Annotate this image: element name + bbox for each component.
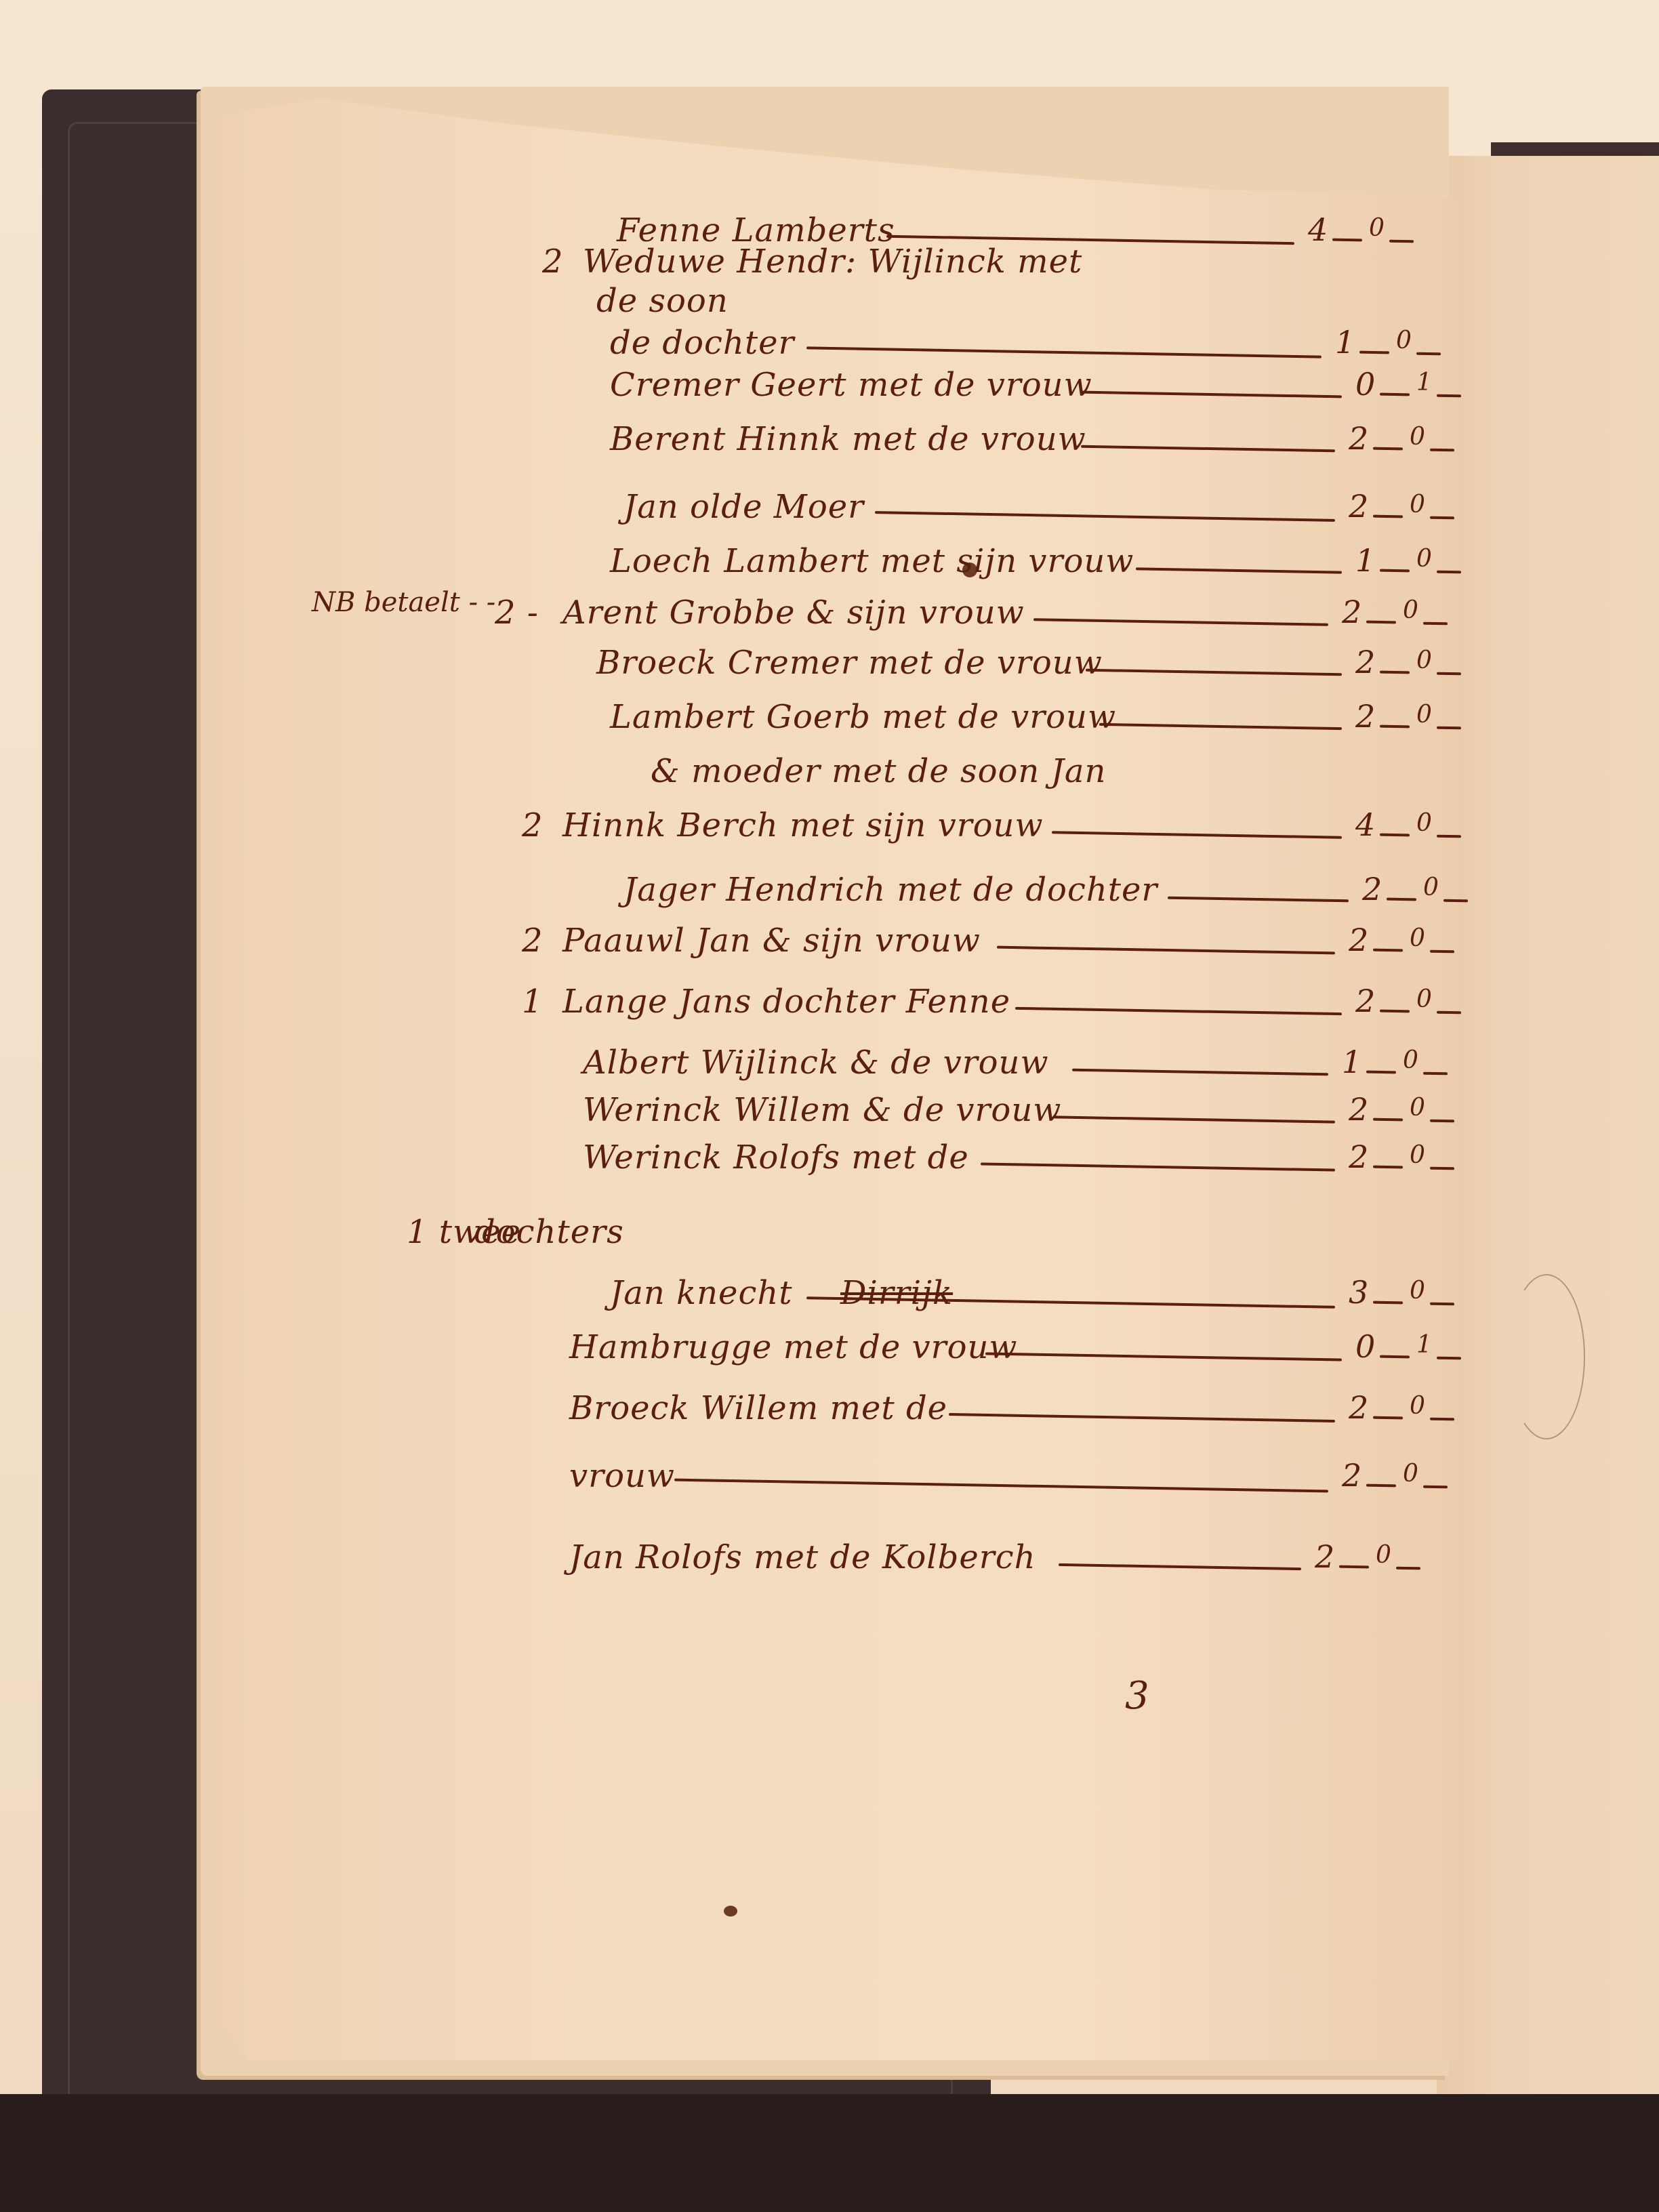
leader-line: [1373, 949, 1403, 952]
leader-line: [1373, 1166, 1403, 1169]
amount-secondary: 0: [1396, 327, 1412, 354]
amount-primary: 2: [1349, 1139, 1368, 1175]
amount-primary: 1: [1335, 324, 1355, 361]
entry-name: Paauwl Jan & sijn vrouw: [562, 922, 981, 960]
ledger-row: Werinck Willem & de vrouw20: [0, 1091, 1659, 1132]
ledger-row: Broeck Cremer met de vrouw20: [0, 644, 1659, 684]
amount-primary: 2: [1362, 871, 1382, 907]
amount-secondary: 0: [1410, 1094, 1425, 1122]
amount-secondary: 0: [1410, 1141, 1425, 1169]
leader-line: [1437, 726, 1461, 730]
ledger-row: Lambert Goerb met de vrouw20: [0, 698, 1659, 739]
ledger-row: & moeder met de soon Jan: [0, 752, 1659, 793]
leader-line: [1099, 723, 1342, 730]
ledger-row: Loech Lambert met sijn vrouw10: [0, 542, 1659, 583]
entry-count: 1: [522, 983, 544, 1021]
footer-mark: 3: [1125, 1674, 1150, 1718]
leader-line: [1423, 622, 1448, 626]
struck-text: Dirrijk: [840, 1274, 953, 1312]
ledger-row: de soon: [0, 282, 1659, 323]
leader-line: [1423, 1486, 1448, 1489]
entry-count: 2: [542, 243, 564, 281]
leader-line: [1437, 672, 1461, 676]
leader-line: [1081, 445, 1335, 453]
entry-name: Jan olde Moer: [623, 488, 864, 526]
leader-line: [1430, 449, 1454, 452]
leader-line: [1380, 671, 1410, 674]
leader-line: [1168, 897, 1349, 903]
leader-line: [1396, 1567, 1420, 1570]
leader-line: [1373, 1301, 1403, 1305]
amount-secondary: 0: [1376, 1541, 1391, 1569]
ledger-row: Berent Hinnk met de vrouw20: [0, 420, 1659, 461]
leader-line: [1380, 834, 1410, 837]
entry-name: Jan knecht: [610, 1274, 793, 1312]
ledger-row: 1 tweedochters: [0, 1213, 1659, 1254]
ledger-row: de dochter10: [0, 324, 1659, 365]
amount-primary: 2: [1349, 420, 1368, 457]
leader-line: [1380, 725, 1410, 729]
amount-secondary: 1: [1416, 369, 1432, 396]
leader-line: [1423, 1072, 1448, 1076]
entry-name: Broeck Cremer met de vrouw: [596, 644, 1103, 682]
leader-line: [1430, 1167, 1454, 1170]
amount-primary: 2: [1355, 698, 1375, 735]
entry-name: Cremer Geert met de vrouw: [610, 366, 1092, 404]
amount-secondary: 0: [1423, 874, 1439, 901]
leader-line: [1136, 567, 1342, 573]
leader-line: [1437, 1011, 1461, 1015]
amount-primary: 1: [1355, 542, 1375, 579]
amount-secondary: 1: [1416, 1331, 1432, 1359]
leader-line: [1437, 571, 1461, 574]
amount-secondary: 0: [1410, 1392, 1425, 1420]
amount-primary: 2: [1342, 1457, 1361, 1494]
leader-line: [1366, 1484, 1396, 1488]
leader-line: [1430, 516, 1454, 520]
leader-line: [949, 1413, 1335, 1422]
ledger-row: 2 -Arent Grobbe & sijn vrouw20: [0, 594, 1659, 634]
ledger-row: vrouw20: [0, 1457, 1659, 1498]
entry-name: Werinck Willem & de vrouw: [583, 1091, 1061, 1129]
leader-line: [1373, 515, 1403, 518]
amount-secondary: 0: [1416, 545, 1432, 573]
amount-primary: 2: [1349, 488, 1368, 525]
amount-secondary: 0: [1369, 214, 1385, 242]
ledger-row: Jan Rolofs met de Kolberch20: [0, 1538, 1659, 1579]
entry-name: Werinck Rolofs met de: [583, 1139, 969, 1176]
entry-name: Jager Hendrich met de dochter: [623, 871, 1158, 909]
leader-line: [1054, 1115, 1335, 1123]
ledger-row: Werinck Rolofs met de20: [0, 1139, 1659, 1179]
amount-secondary: 0: [1410, 491, 1425, 518]
leader-line: [981, 1162, 1335, 1171]
leader-line: [1373, 447, 1403, 451]
leader-line: [1380, 393, 1410, 396]
amount-primary: 4: [1355, 806, 1375, 843]
leader-line: [1373, 1416, 1403, 1420]
entry-name: Berent Hinnk met de vrouw: [610, 420, 1086, 458]
amount-secondary: 0: [1410, 1277, 1425, 1305]
entry-name: de soon: [596, 282, 729, 320]
entry-name: Loech Lambert met sijn vrouw: [610, 542, 1134, 580]
leader-line: [1086, 669, 1342, 676]
ledger-row: Jan knechtDirrijk30: [0, 1274, 1659, 1315]
leader-line: [1437, 394, 1461, 398]
amount-secondary: 0: [1403, 1046, 1418, 1074]
amount-secondary: 0: [1403, 596, 1418, 624]
leader-line: [1366, 1071, 1396, 1074]
amount-primary: 2: [1349, 922, 1368, 958]
ledger-row: Cremer Geert met de vrouw01: [0, 366, 1659, 407]
leader-line: [1373, 1118, 1403, 1122]
leader-line: [1059, 1563, 1301, 1570]
leader-line: [1387, 898, 1416, 901]
entry-name: Albert Wijlinck & de vrouw: [583, 1044, 1049, 1082]
entry-name: dochters: [474, 1213, 624, 1251]
leader-line: [1437, 1357, 1461, 1360]
entry-name: Lambert Goerb met de vrouw: [610, 698, 1116, 736]
leader-line: [1081, 391, 1342, 398]
ledger-row: Jan olde Moer20: [0, 488, 1659, 529]
amount-secondary: 0: [1416, 985, 1432, 1013]
ledger-row: 2Hinnk Berch met sijn vrouw40: [0, 806, 1659, 847]
leader-line: [1015, 1007, 1342, 1015]
entry-count: 2: [522, 806, 544, 844]
leader-line: [997, 946, 1335, 955]
leader-line: [985, 1352, 1342, 1361]
amount-secondary: 0: [1416, 647, 1432, 674]
leader-line: [1430, 1120, 1454, 1123]
leader-line: [1437, 835, 1461, 838]
amount-primary: 2: [1355, 644, 1375, 680]
leader-line: [1359, 351, 1389, 354]
leader-line: [1380, 1355, 1410, 1359]
leader-line: [1339, 1565, 1369, 1569]
amount-secondary: 0: [1416, 701, 1432, 729]
amount-secondary: 0: [1416, 809, 1432, 837]
leader-line: [1380, 569, 1410, 573]
entry-name: de dochter: [610, 324, 794, 362]
ledger-row: 2Paauwl Jan & sijn vrouw20: [0, 922, 1659, 962]
amount-primary: 2: [1315, 1538, 1334, 1575]
amount-primary: 2: [1349, 1091, 1368, 1128]
ledger-row: Albert Wijlinck & de vrouw10: [0, 1044, 1659, 1084]
ledger-row: 1Lange Jans dochter Fenne20: [0, 983, 1659, 1023]
leader-line: [1033, 618, 1328, 626]
leader-line: [875, 511, 1335, 522]
entry-name: Hambrugge met de vrouw: [569, 1328, 1018, 1366]
leader-line: [1430, 1418, 1454, 1421]
entry-name: Hinnk Berch met sijn vrouw: [562, 806, 1044, 844]
leader-line: [1366, 621, 1396, 624]
entry-name: Lange Jans dochter Fenne: [562, 983, 1010, 1021]
amount-primary: 2: [1355, 983, 1375, 1019]
bottom-shadow: [0, 2094, 1659, 2212]
leader-line: [1416, 352, 1441, 356]
ink-stain: [724, 1906, 737, 1917]
leader-line: [806, 346, 1322, 358]
entry-name: & moeder met de soon Jan: [651, 752, 1106, 790]
leader-line: [1052, 831, 1342, 838]
ledger-row: Hambrugge met de vrouw01: [0, 1328, 1659, 1369]
amount-primary: 1: [1342, 1044, 1361, 1080]
leader-line: [1332, 239, 1362, 242]
ledger-row: Broeck Willem met de20: [0, 1389, 1659, 1430]
ledger-row: Jager Hendrich met de dochter20: [0, 871, 1659, 912]
entry-count: 2 -: [495, 594, 539, 632]
leader-line: [1443, 899, 1468, 903]
amount-secondary: 0: [1410, 423, 1425, 451]
leader-line: [674, 1479, 1328, 1493]
amount-primary: 2: [1349, 1389, 1368, 1426]
amount-secondary: 0: [1410, 924, 1425, 952]
leader-line: [1072, 1069, 1328, 1076]
entry-name: Broeck Willem met de: [569, 1389, 947, 1427]
leader-line: [1430, 950, 1454, 954]
entry-name: Weduwe Hendr: Wijlinck met: [583, 243, 1082, 281]
amount-primary: 3: [1349, 1274, 1368, 1311]
leader-line: [1430, 1303, 1454, 1306]
amount-secondary: 0: [1403, 1460, 1418, 1488]
leader-line: [1380, 1010, 1410, 1013]
entry-count: 2: [522, 922, 544, 960]
entry-name: Jan Rolofs met de Kolberch: [569, 1538, 1036, 1576]
amount-primary: 0: [1355, 1328, 1375, 1365]
entry-name: Arent Grobbe & sijn vrouw: [562, 594, 1025, 632]
entry-name: vrouw: [569, 1457, 675, 1495]
amount-primary: 0: [1355, 366, 1375, 403]
ledger-row: 2Weduwe Hendr: Wijlinck met: [0, 243, 1659, 283]
amount-primary: 2: [1342, 594, 1361, 630]
